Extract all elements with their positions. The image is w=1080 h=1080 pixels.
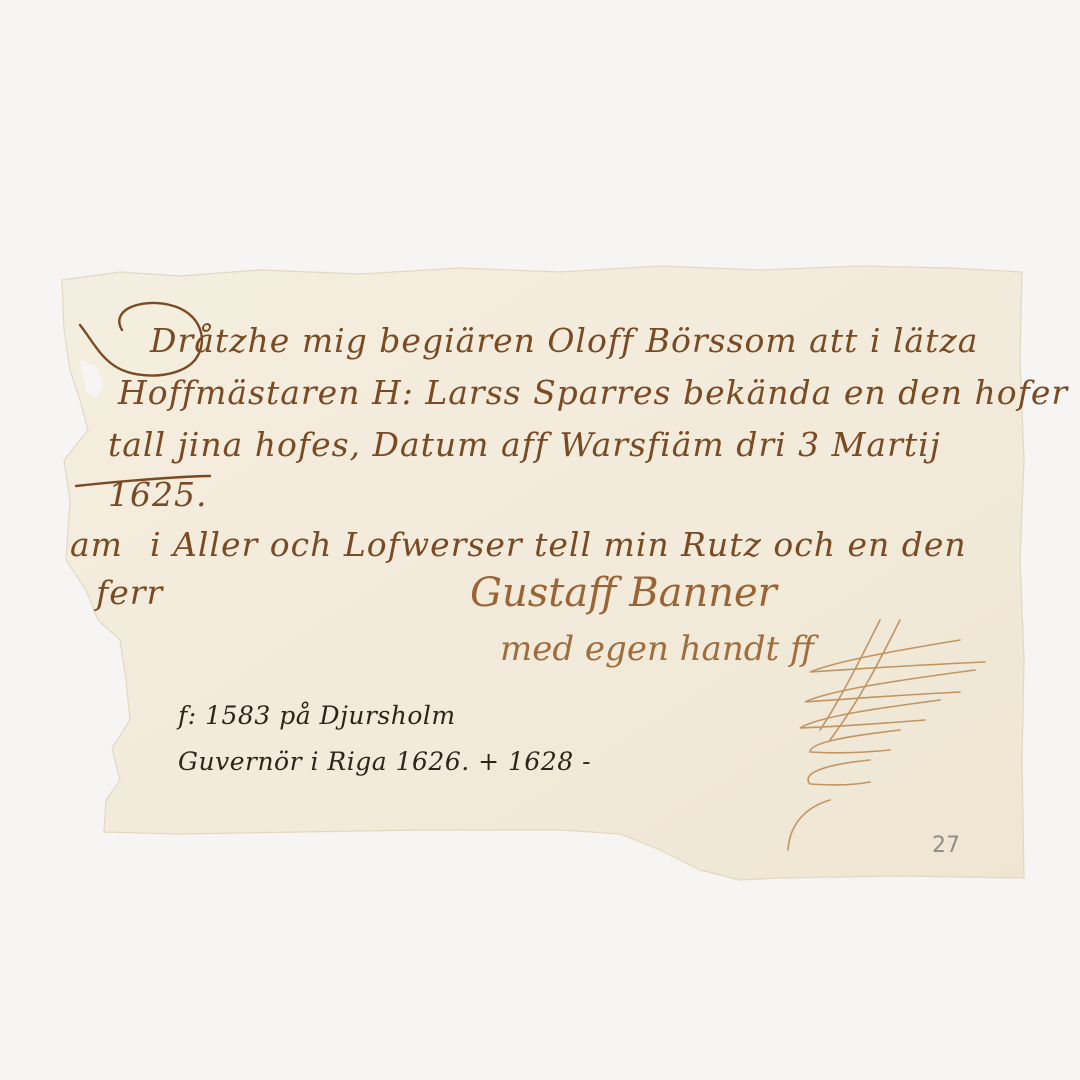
pencil-page-number: 27 — [932, 833, 960, 858]
text-line: Dråtzhe mig begiären Oloff Börssom att i… — [149, 321, 978, 360]
text-line: i Aller och Lofwerser tell min Rutz och … — [150, 525, 967, 564]
margin-fragment: ferr — [93, 573, 165, 612]
annotation-line1: f: 1583 på Djursholm — [176, 701, 456, 730]
photo-of-document: Dråtzhe mig begiären Oloff Börssom att i… — [0, 0, 1080, 1080]
annotation-line2: Guvernör i Riga 1626. + 1628 - — [178, 747, 591, 776]
margin-fragment: am — [70, 525, 123, 564]
text-line: Hoffmästaren H: Larss Sparres bekända en… — [117, 373, 1069, 412]
text-line: tall jina hofes, Datum aff Warsfiäm dri … — [108, 425, 941, 464]
signature-name: Gustaff Banner — [470, 570, 780, 616]
signature-line2: med egen handt ff — [500, 629, 819, 669]
